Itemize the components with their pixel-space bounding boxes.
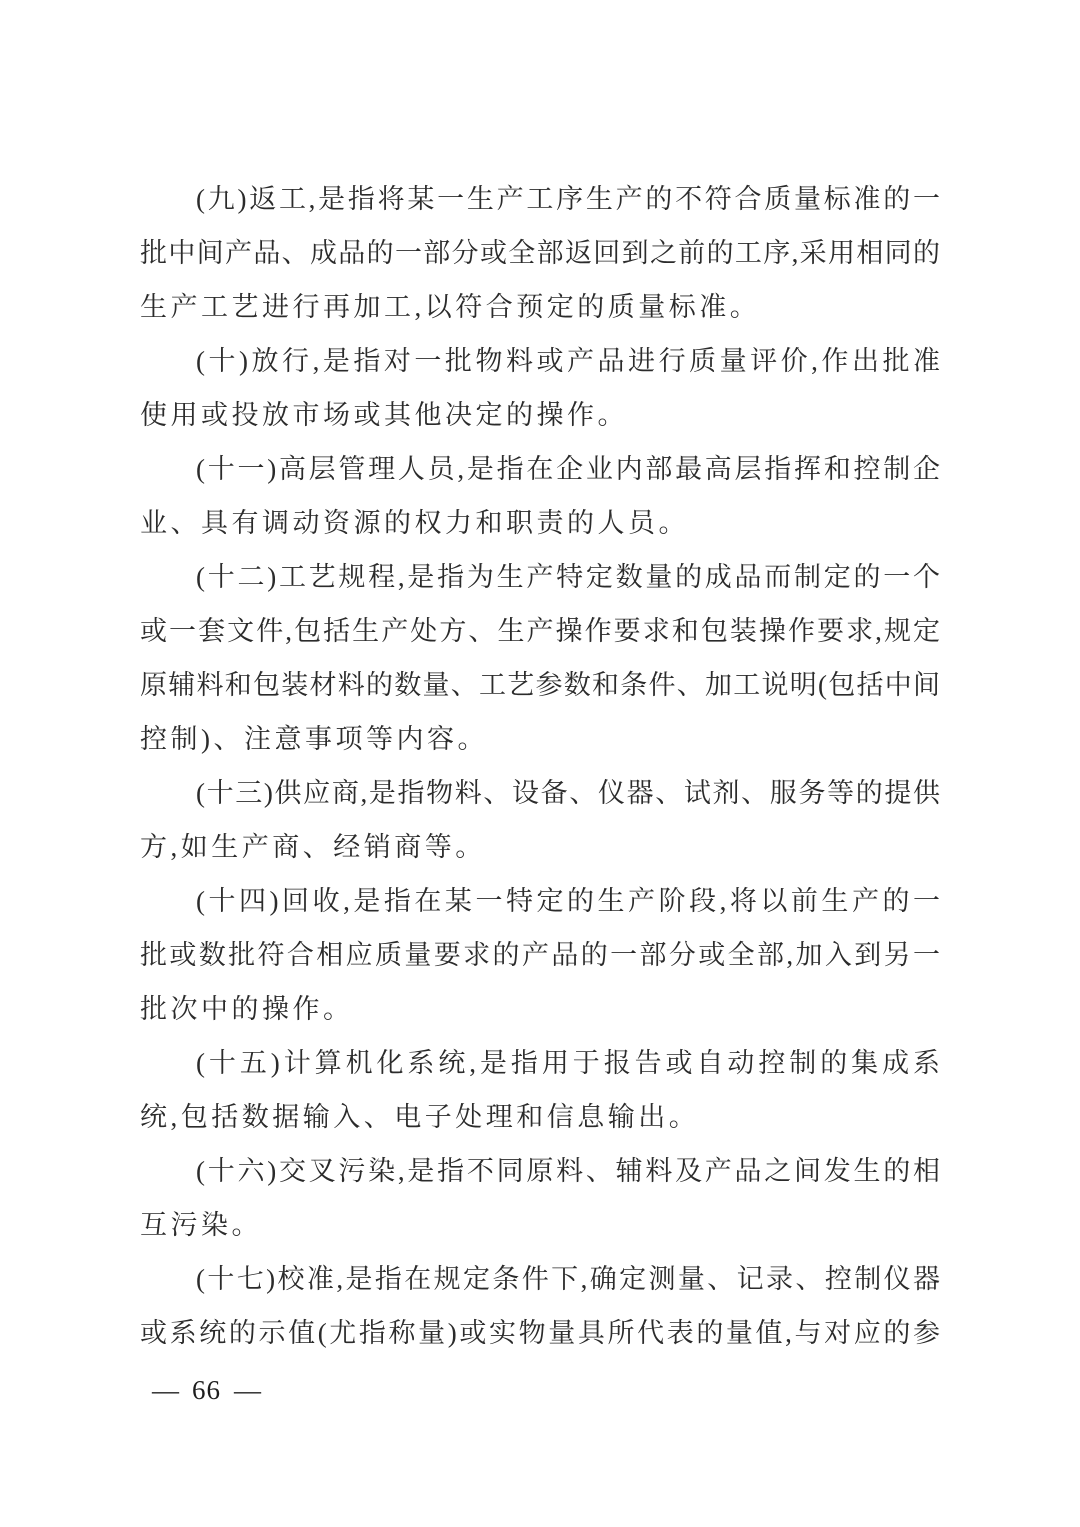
page-number: 66 xyxy=(192,1375,221,1406)
text-line: 批或数批符合相应质量要求的产品的一部分或全部,加入到另一 xyxy=(140,928,940,982)
definition-item-10: (十)放行,是指对一批物料或产品进行质量评价,作出批准 使用或投放市场或其他决定… xyxy=(140,334,940,442)
text-line: 批中间产品、成品的一部分或全部返回到之前的工序,采用相同的 xyxy=(140,226,940,280)
text-line: (十一)高层管理人员,是指在企业内部最高层指挥和控制企 xyxy=(140,442,940,496)
text-line: (十五)计算机化系统,是指用于报告或自动控制的集成系 xyxy=(140,1036,940,1090)
definition-item-15: (十五)计算机化系统,是指用于报告或自动控制的集成系 统,包括数据输入、电子处理… xyxy=(140,1036,940,1144)
text-line: (十二)工艺规程,是指为生产特定数量的成品而制定的一个 xyxy=(140,550,940,604)
text-line: 统,包括数据输入、电子处理和信息输出。 xyxy=(140,1090,940,1144)
definitions-text: (九)返工,是指将某一生产工序生产的不符合质量标准的一 批中间产品、成品的一部分… xyxy=(140,172,940,1360)
definition-item-13: (十三)供应商,是指物料、设备、仪器、试剂、服务等的提供 方,如生产商、经销商等… xyxy=(140,766,940,874)
text-line: 或系统的示值(尤指称量)或实物量具所代表的量值,与对应的参 xyxy=(140,1306,940,1360)
text-line: 原辅料和包装材料的数量、工艺参数和条件、加工说明(包括中间 xyxy=(140,658,940,712)
footer-left-dash: — xyxy=(152,1375,179,1406)
text-line: (九)返工,是指将某一生产工序生产的不符合质量标准的一 xyxy=(140,172,940,226)
text-line: 生产工艺进行再加工,以符合预定的质量标准。 xyxy=(140,280,940,334)
text-line: (十)放行,是指对一批物料或产品进行质量评价,作出批准 xyxy=(140,334,940,388)
text-line: (十六)交叉污染,是指不同原料、辅料及产品之间发生的相 xyxy=(140,1144,940,1198)
text-line: (十四)回收,是指在某一特定的生产阶段,将以前生产的一 xyxy=(140,874,940,928)
text-line: 或一套文件,包括生产处方、生产操作要求和包装操作要求,规定 xyxy=(140,604,940,658)
page-footer: — 66 — xyxy=(152,1372,261,1408)
definition-item-11: (十一)高层管理人员,是指在企业内部最高层指挥和控制企 业、具有调动资源的权力和… xyxy=(140,442,940,550)
text-line: (十七)校准,是指在规定条件下,确定测量、记录、控制仪器 xyxy=(140,1252,940,1306)
text-line: 控制)、注意事项等内容。 xyxy=(140,712,940,766)
text-line: 使用或投放市场或其他决定的操作。 xyxy=(140,388,940,442)
text-line: 方,如生产商、经销商等。 xyxy=(140,820,940,874)
definition-item-12: (十二)工艺规程,是指为生产特定数量的成品而制定的一个 或一套文件,包括生产处方… xyxy=(140,550,940,766)
scanned-page: (九)返工,是指将某一生产工序生产的不符合质量标准的一 批中间产品、成品的一部分… xyxy=(0,0,1080,1527)
definition-item-14: (十四)回收,是指在某一特定的生产阶段,将以前生产的一 批或数批符合相应质量要求… xyxy=(140,874,940,1036)
text-line: 批次中的操作。 xyxy=(140,982,940,1036)
text-line: 业、具有调动资源的权力和职责的人员。 xyxy=(140,496,940,550)
footer-right-dash: — xyxy=(234,1375,261,1406)
text-line: 互污染。 xyxy=(140,1198,940,1252)
text-line: (十三)供应商,是指物料、设备、仪器、试剂、服务等的提供 xyxy=(140,766,940,820)
definition-item-9: (九)返工,是指将某一生产工序生产的不符合质量标准的一 批中间产品、成品的一部分… xyxy=(140,172,940,334)
definition-item-17: (十七)校准,是指在规定条件下,确定测量、记录、控制仪器 或系统的示值(尤指称量… xyxy=(140,1252,940,1360)
definition-item-16: (十六)交叉污染,是指不同原料、辅料及产品之间发生的相 互污染。 xyxy=(140,1144,940,1252)
